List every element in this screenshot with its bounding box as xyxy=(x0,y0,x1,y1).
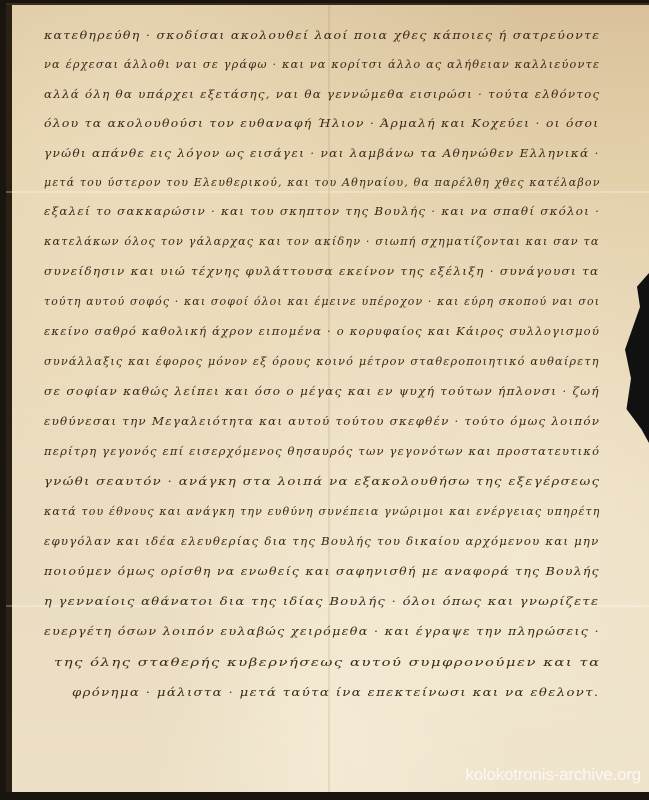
handwritten-line: συνάλλαξις και έφορος μόνον εξ όρους κοι… xyxy=(44,354,600,368)
handwritten-line: εξαλεί το σακκαρώσιν · και του σκηπτον τ… xyxy=(44,204,600,218)
manuscript-page: κατεθηρεύθη · σκοδίσαι ακολουθεί λαοί πο… xyxy=(6,3,649,795)
paper-tear xyxy=(619,273,649,443)
handwritten-line: εκείνο σαθρό καθολική άχρον ειπομένα · ο… xyxy=(44,324,600,338)
handwritten-line: κατεθηρεύθη · σκοδίσαι ακολουθεί λαοί πο… xyxy=(44,28,600,42)
handwritten-line: φρόνημα · μάλιστα · μετά ταύτα ίνα επεκτ… xyxy=(72,685,600,699)
page-bottom-edge xyxy=(0,792,649,800)
archive-watermark: kolokotronis-archive.org xyxy=(465,765,641,785)
handwritten-line: ευεργέτη όσων λοιπόν ευλαβώς χειρόμεθα ·… xyxy=(44,624,600,638)
handwritten-line: να έρχεσαι άλλοθι ναι σε γράφω · και να … xyxy=(44,57,600,71)
handwritten-line: κατελάκων όλος τον γάλαρχας και τον ακίδ… xyxy=(44,234,600,248)
handwritten-line: συνείδησιν και υιώ τέχνης φυλάττουσα εκε… xyxy=(44,264,599,278)
handwritten-line: κατά του έθνους και ανάγκη την ευθύνη συ… xyxy=(44,504,601,518)
handwritten-line: περίτρη γεγονός επί εισερχόμενος θησαυρό… xyxy=(44,444,600,458)
handwritten-line: αλλά όλη θα υπάρχει εξετάσης, ναι θα γεν… xyxy=(44,87,600,101)
handwritten-line: εφυγόλαν και ιδέα ελευθερίας δια της Βου… xyxy=(44,534,599,548)
handwritten-line: μετά του ύστερον του Ελευθερικού, και το… xyxy=(44,175,601,189)
handwritten-line: γνώθι σεαυτόν · ανάγκη στα λοιπά να εξακ… xyxy=(44,474,600,488)
handwritten-line: ποιούμεν όμως ορίσθη να ενωθείς και σαφη… xyxy=(44,564,600,578)
handwritten-line: γνώθι απάνθε εις λόγον ως εισάγει · ναι … xyxy=(44,146,600,160)
handwritten-line: η γενναίοις αθάνατοι δια της ιδίας Βουλή… xyxy=(44,594,599,608)
handwritten-line: ευθύνεσαι την Μεγαλειότητα και αυτού τού… xyxy=(44,414,600,428)
handwritten-line: της όλης σταθερής κυβερνήσεως αυτού συμφ… xyxy=(54,655,601,669)
page-left-edge xyxy=(6,5,12,795)
handwritten-line: σε σοφίαν καθώς λείπει και όσο ο μέγας κ… xyxy=(44,384,600,398)
handwritten-line: τούτη αυτού σοφός · και σοφοί όλοι και έ… xyxy=(44,294,600,308)
handwritten-line: όλου τα ακολουθούσι τον ευθαναφή Ήλιον ·… xyxy=(44,116,599,130)
